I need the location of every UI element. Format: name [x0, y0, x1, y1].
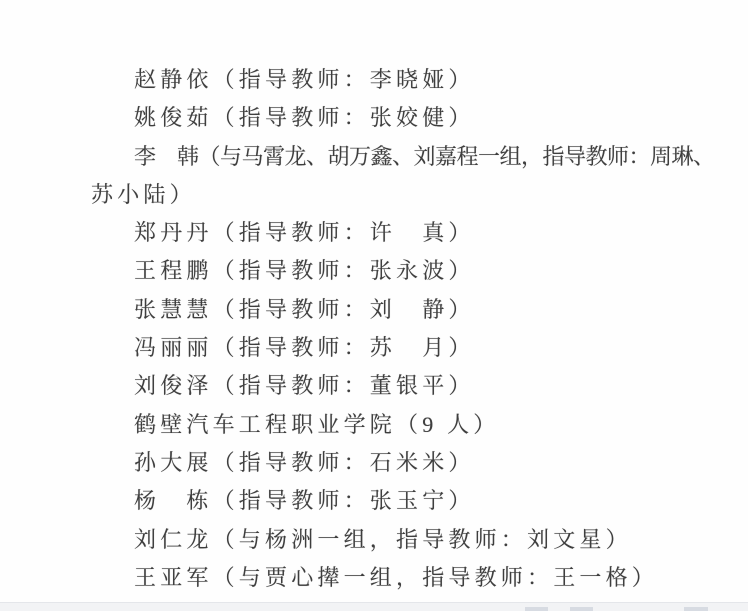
document-text-block: 赵静依（指导教师：李晓娅） 姚俊茹（指导教师：张姣健） 李 韩（与马霄龙、胡万鑫… — [91, 61, 712, 597]
page-bottom-edge — [0, 602, 748, 611]
student-line-continuation: 苏小陆） — [91, 176, 712, 214]
student-line: 姚俊茹（指导教师：张姣健） — [91, 99, 712, 137]
student-line: 冯丽丽（指导教师：苏 月） — [91, 329, 712, 367]
next-page-fragment — [570, 607, 593, 611]
school-heading: 鹤壁汽车工程职业学院（9 人） — [91, 406, 712, 444]
next-page-fragment — [525, 607, 548, 611]
student-line: 郑丹丹（指导教师：许 真） — [91, 214, 712, 252]
student-line: 刘仁龙（与杨洲一组，指导教师：刘文星） — [91, 521, 712, 559]
student-line: 杨 栋（指导教师：张玉宁） — [91, 482, 712, 520]
student-line: 张慧慧（指导教师：刘 静） — [91, 291, 712, 329]
student-line: 刘俊泽（指导教师：董银平） — [91, 367, 712, 405]
student-line: 李 韩（与马霄龙、胡万鑫、刘嘉程一组，指导教师：周琳、 — [91, 138, 712, 176]
student-line: 王程鹏（指导教师：张永波） — [91, 252, 712, 290]
document-page: 赵静依（指导教师：李晓娅） 姚俊茹（指导教师：张姣健） 李 韩（与马霄龙、胡万鑫… — [0, 0, 748, 611]
student-line: 赵静依（指导教师：李晓娅） — [91, 61, 712, 99]
next-page-fragment — [684, 607, 708, 611]
student-line: 孙大展（指导教师：石米米） — [91, 444, 712, 482]
student-line: 王亚军（与贾心撵一组，指导教师：王一格） — [91, 559, 712, 597]
